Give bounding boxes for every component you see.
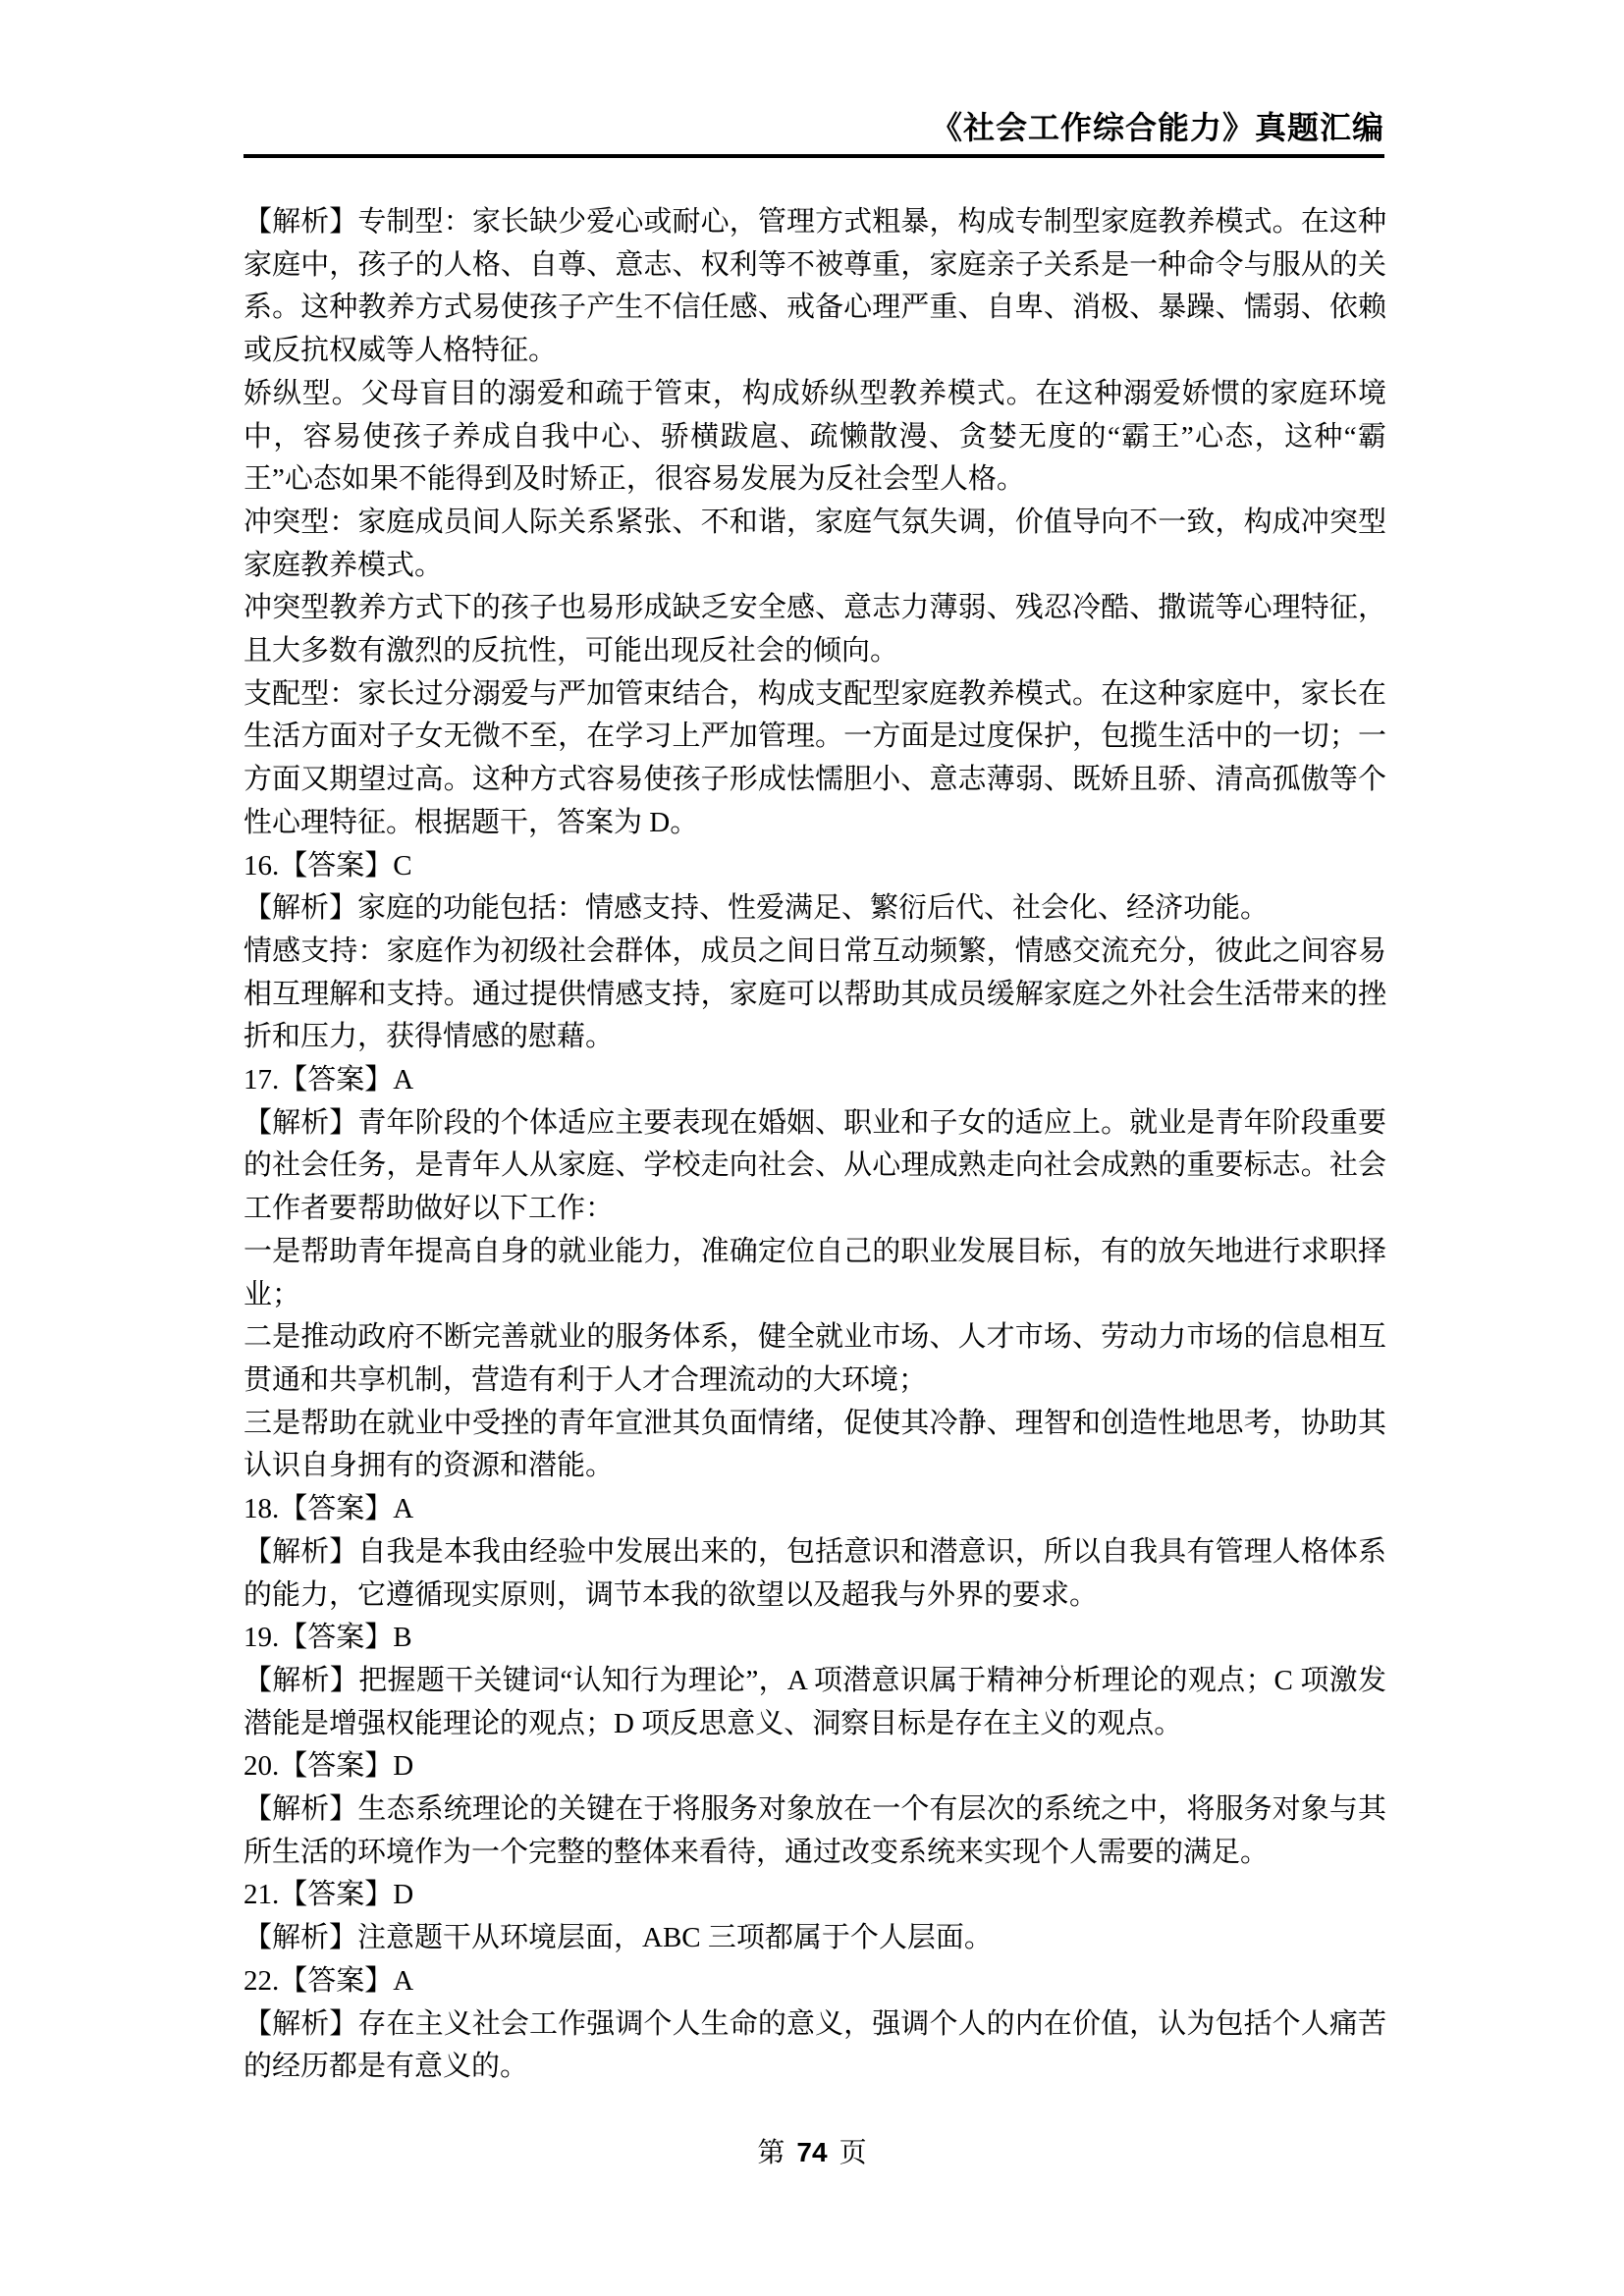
page-number-suffix: 页 xyxy=(839,2138,867,2168)
paragraph-spoiled-type: 娇纵型。父母盲目的溺爱和疏于管束，构成娇纵型教养模式。在这种溺爱娇惯的家庭环境中… xyxy=(244,373,1386,502)
document-page: 《社会工作综合能力》真题汇编 【解析】专制型：家长缺少爱心或耐心，管理方式粗暴，… xyxy=(0,0,1624,2296)
page-number: 74 xyxy=(796,2137,827,2167)
answer-line-20: 20.【答案】D xyxy=(244,1745,1386,1789)
explanation-paragraph-19: 【解析】把握题干关键词“认知行为理论”，A 项潜意识属于精神分析理论的观点；C … xyxy=(244,1660,1386,1745)
page-footer: 第74页 xyxy=(0,2136,1624,2170)
paragraph-point-two: 二是推动政府不断完善就业的服务体系，健全就业市场、人才市场、劳动力市场的信息相互… xyxy=(244,1316,1386,1402)
paragraph-point-one: 一是帮助青年提高自身的就业能力，准确定位自己的职业发展目标，有的放矢地进行求职择… xyxy=(244,1231,1386,1316)
header-divider-rule xyxy=(244,154,1384,158)
paragraph-emotional-support: 情感支持：家庭作为初级社会群体，成员之间日常互动频繁，情感交流充分，彼此之间容易… xyxy=(244,931,1386,1059)
answer-line-18: 18.【答案】A xyxy=(244,1488,1386,1531)
paragraph-conflict-type: 冲突型：家庭成员间人际关系紧张、不和谐，家庭气氛失调，价值导向不一致，构成冲突型… xyxy=(244,502,1386,587)
answer-line-16: 16.【答案】C xyxy=(244,845,1386,888)
paragraph-conflict-type-traits: 冲突型教养方式下的孩子也易形成缺乏安全感、意志力薄弱、残忍冷酷、撒谎等心理特征，… xyxy=(244,587,1386,672)
page-number-prefix: 第 xyxy=(757,2138,785,2168)
explanation-paragraph-16: 【解析】家庭的功能包括：情感支持、性爱满足、繁衍后代、社会化、经济功能。 xyxy=(244,887,1386,931)
paragraph-point-three: 三是帮助在就业中受挫的青年宣泄其负面情绪，促使其冷静、理智和创造性地思考，协助其… xyxy=(244,1403,1386,1488)
paragraph-dominant-type: 支配型：家长过分溺爱与严加管束结合，构成支配型家庭教养模式。在这种家庭中，家长在… xyxy=(244,673,1386,845)
explanation-paragraph-22: 【解析】存在主义社会工作强调个人生命的意义，强调个人的内在价值，认为包括个人痛苦… xyxy=(244,2003,1386,2089)
explanation-paragraph-20: 【解析】生态系统理论的关键在于将服务对象放在一个有层次的系统之中，将服务对象与其… xyxy=(244,1789,1386,1874)
explanation-paragraph-17: 【解析】青年阶段的个体适应主要表现在婚姻、职业和子女的适应上。就业是青年阶段重要… xyxy=(244,1102,1386,1231)
answer-line-21: 21.【答案】D xyxy=(244,1874,1386,1917)
answer-line-19: 19.【答案】B xyxy=(244,1617,1386,1660)
document-body: 【解析】专制型：家长缺少爱心或耐心，管理方式粗暴，构成专制型家庭教养模式。在这种… xyxy=(244,201,1386,2089)
explanation-paragraph-15: 【解析】专制型：家长缺少爱心或耐心，管理方式粗暴，构成专制型家庭教养模式。在这种… xyxy=(244,201,1386,373)
explanation-paragraph-18: 【解析】自我是本我由经验中发展出来的，包括意识和潜意识，所以自我具有管理人格体系… xyxy=(244,1531,1386,1617)
page-header-title: 《社会工作综合能力》真题汇编 xyxy=(931,108,1384,147)
explanation-paragraph-21: 【解析】注意题干从环境层面，ABC 三项都属于个人层面。 xyxy=(244,1917,1386,1960)
answer-line-22: 22.【答案】A xyxy=(244,1960,1386,2003)
answer-line-17: 17.【答案】A xyxy=(244,1059,1386,1102)
